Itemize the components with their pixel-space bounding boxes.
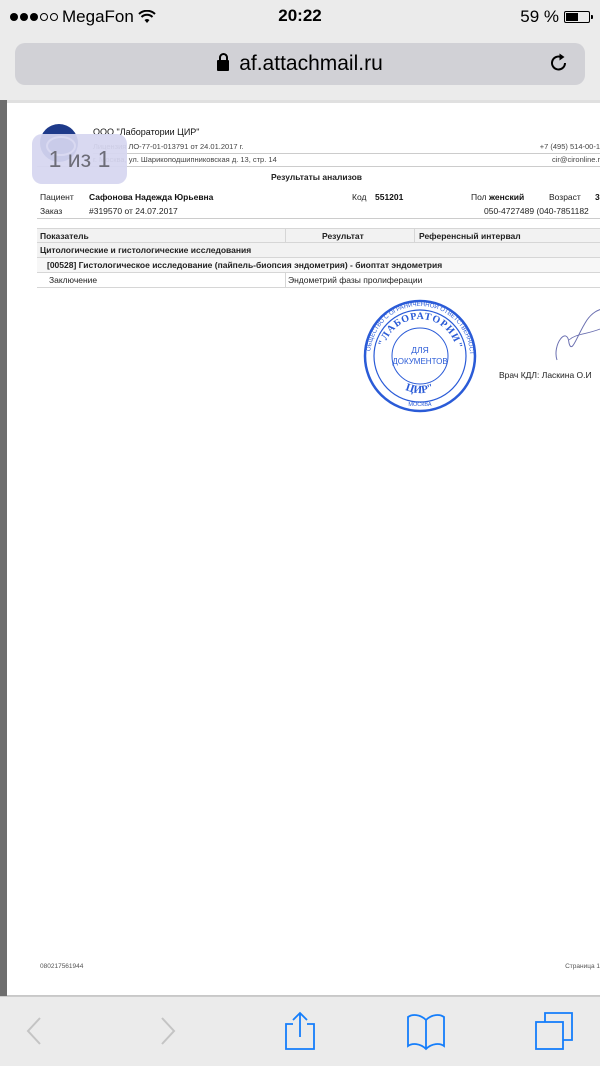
results-table: Показатель Результат Референсный интерва… xyxy=(37,228,600,288)
lock-icon xyxy=(217,60,229,71)
lab-report-document: ООО "Лаборатории ЦИР" Лицензия ЛО-77-01-… xyxy=(7,100,600,996)
page-gutter xyxy=(0,100,7,996)
tabs-icon[interactable] xyxy=(534,1011,574,1051)
status-bar: MegaFon 20:22 59 % xyxy=(0,0,600,36)
patient-label: Пациент xyxy=(40,192,74,202)
age-value: 3 xyxy=(595,192,600,202)
svg-text:МОСКВА: МОСКВА xyxy=(408,402,432,408)
battery-icon xyxy=(564,11,590,23)
sex-value: женский xyxy=(489,192,524,202)
svg-text:ДЛЯ: ДЛЯ xyxy=(411,345,428,355)
col-result: Результат xyxy=(322,231,364,241)
sex-label: Пол xyxy=(471,192,487,202)
browser-toolbar xyxy=(0,996,600,1066)
reload-icon[interactable] xyxy=(547,51,571,75)
doctor-name: Врач КДЛ: Ласкина О.И xyxy=(499,370,592,380)
lab-stamp: ОБЩЕСТВО С ОГРАНИЧЕННОЙ ОТВЕТСТВЕННОСТЬЮ… xyxy=(355,296,485,414)
battery-percent: 59 % xyxy=(520,7,559,27)
lab-phone: +7 (495) 514-00-1 xyxy=(540,142,600,151)
code-label: Код xyxy=(352,192,366,202)
table-header: Показатель Результат Референсный интерва… xyxy=(37,228,600,243)
order-label: Заказ xyxy=(40,206,62,216)
contact-phones: 050-4727489 (040-7851182 xyxy=(484,206,589,216)
clock: 20:22 xyxy=(0,6,600,26)
doctor-signature xyxy=(547,305,600,365)
footer-id: 080217561944 xyxy=(40,963,83,970)
col-indicator: Показатель xyxy=(40,231,89,241)
share-icon[interactable] xyxy=(280,1011,320,1051)
patient-name: Сафонова Надежда Юрьевна xyxy=(89,192,213,202)
order-value: #319570 от 24.07.2017 xyxy=(89,206,178,216)
table-subgroup-row: [00528] Гистологическое исследование (па… xyxy=(37,258,600,273)
back-icon[interactable] xyxy=(14,1011,54,1051)
row-indicator: Заключение xyxy=(49,275,97,285)
lab-email: cir@cironline.r xyxy=(552,155,600,164)
table-group-row: Цитологические и гистологические исследо… xyxy=(37,243,600,258)
address-bar[interactable]: af.attachmail.ru xyxy=(15,43,585,85)
row-result: Эндометрий фазы пролиферации xyxy=(288,275,422,285)
code-value: 551201 xyxy=(375,192,403,202)
page-indicator: 1 из 1 xyxy=(32,134,127,184)
bookmarks-icon[interactable] xyxy=(406,1011,446,1051)
url-text[interactable]: af.attachmail.ru xyxy=(239,52,383,75)
forward-icon[interactable] xyxy=(148,1011,188,1051)
col-reference: Референсный интервал xyxy=(419,231,521,241)
age-label: Возраст xyxy=(549,192,581,202)
pdf-viewer[interactable]: ООО "Лаборатории ЦИР" Лицензия ЛО-77-01-… xyxy=(0,100,600,996)
report-title: Результаты анализов xyxy=(271,172,362,182)
svg-text:ДОКУМЕНТОВ: ДОКУМЕНТОВ xyxy=(392,357,447,366)
footer-page: Страница 1 xyxy=(565,963,600,970)
table-row: Заключение Эндометрий фазы пролиферации xyxy=(37,273,600,288)
